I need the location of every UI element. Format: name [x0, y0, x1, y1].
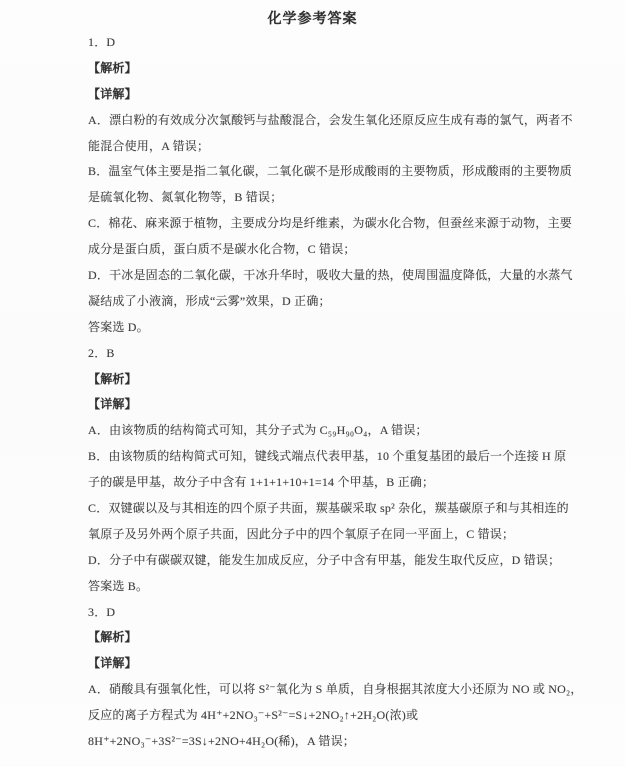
- page-title: 化学参考答案: [0, 8, 625, 28]
- answer-1-option-c-1: C．棉花、麻来源于植物，主要成分均是纤维素，为碳水化合物，但蚕丝来源于动物，主要: [88, 211, 543, 237]
- detail-label: 【详解】: [88, 651, 543, 677]
- answer-3-label: 3．D: [88, 600, 543, 626]
- answer-2-option-c-2: 氧原子及另外两个原子共面，因此分子中的四个氧原子在同一平面上，C 错误；: [88, 522, 543, 548]
- analysis-label: 【解析】: [88, 625, 543, 651]
- answer-1-option-d-1: D．干冰是固态的二氧化碳，干冰升华时，吸收大量的热，使周围温度降低，大量的水蒸气: [88, 263, 543, 289]
- answer-1-option-c-2: 成分是蛋白质，蛋白质不是碳水化合物，C 错误；: [88, 237, 543, 263]
- answer-2-label: 2．B: [88, 341, 543, 367]
- answer-2-conclusion: 答案选 B。: [88, 574, 543, 600]
- detail-label: 【详解】: [88, 392, 543, 418]
- answer-2-option-c-1: C．双键碳以及与其相连的四个原子共面，羰基碳采取 sp² 杂化，羰基碳原子和与其…: [88, 496, 543, 522]
- answer-body: 1．D 【解析】 【详解】 A．漂白粉的有效成分次氯酸钙与盐酸混合，会发生氧化还…: [88, 30, 543, 755]
- answer-1-option-b-2: 是硫氧化物、氮氧化物等，B 错误；: [88, 185, 543, 211]
- answer-3-equation-2: 8H⁺+2NO₃⁻+3S²⁻=3S↓+2NO+4H₂O(稀)，A 错误；: [88, 729, 543, 755]
- answer-2-option-d: D．分子中有碳碳双键，能发生加成反应，分子中含有甲基，能发生取代反应，D 错误；: [88, 548, 543, 574]
- answer-1-option-b-1: B．温室气体主要是指二氧化碳，二氧化碳不是形成酸雨的主要物质，形成酸雨的主要物质: [88, 159, 543, 185]
- answer-1-option-a-1: A．漂白粉的有效成分次氯酸钙与盐酸混合，会发生氧化还原反应生成有毒的氯气，两者不: [88, 108, 543, 134]
- answer-1-option-a-2: 能混合使用，A 错误；: [88, 134, 543, 160]
- answer-3-equation-1: 反应的离子方程式为 4H⁺+2NO₃⁻+S²⁻=S↓+2NO₂↑+2H₂O(浓)…: [88, 703, 543, 729]
- answer-1-conclusion: 答案选 D。: [88, 315, 543, 341]
- answer-1-option-d-2: 凝结成了小液滴，形成“云雾”效果，D 正确；: [88, 289, 543, 315]
- document-page: 化学参考答案 1．D 【解析】 【详解】 A．漂白粉的有效成分次氯酸钙与盐酸混合…: [0, 0, 625, 767]
- answer-2-option-b-1: B．由该物质的结构简式可知，键线式端点代表甲基，10 个重复基团的最后一个连接 …: [88, 444, 543, 470]
- analysis-label: 【解析】: [88, 56, 543, 82]
- answer-2-option-a: A．由该物质的结构简式可知，其分子式为 C₅₉H₉₀O₄，A 错误；: [88, 418, 543, 444]
- analysis-label: 【解析】: [88, 367, 543, 393]
- answer-1-label: 1．D: [88, 30, 543, 56]
- detail-label: 【详解】: [88, 82, 543, 108]
- answer-3-option-a-1: A．硝酸具有强氧化性，可以将 S²⁻氧化为 S 单质，自身根据其浓度大小还原为 …: [88, 677, 543, 703]
- answer-2-option-b-2: 子的碳是甲基，故分子中含有 1+1+1+10+1=14 个甲基，B 正确；: [88, 470, 543, 496]
